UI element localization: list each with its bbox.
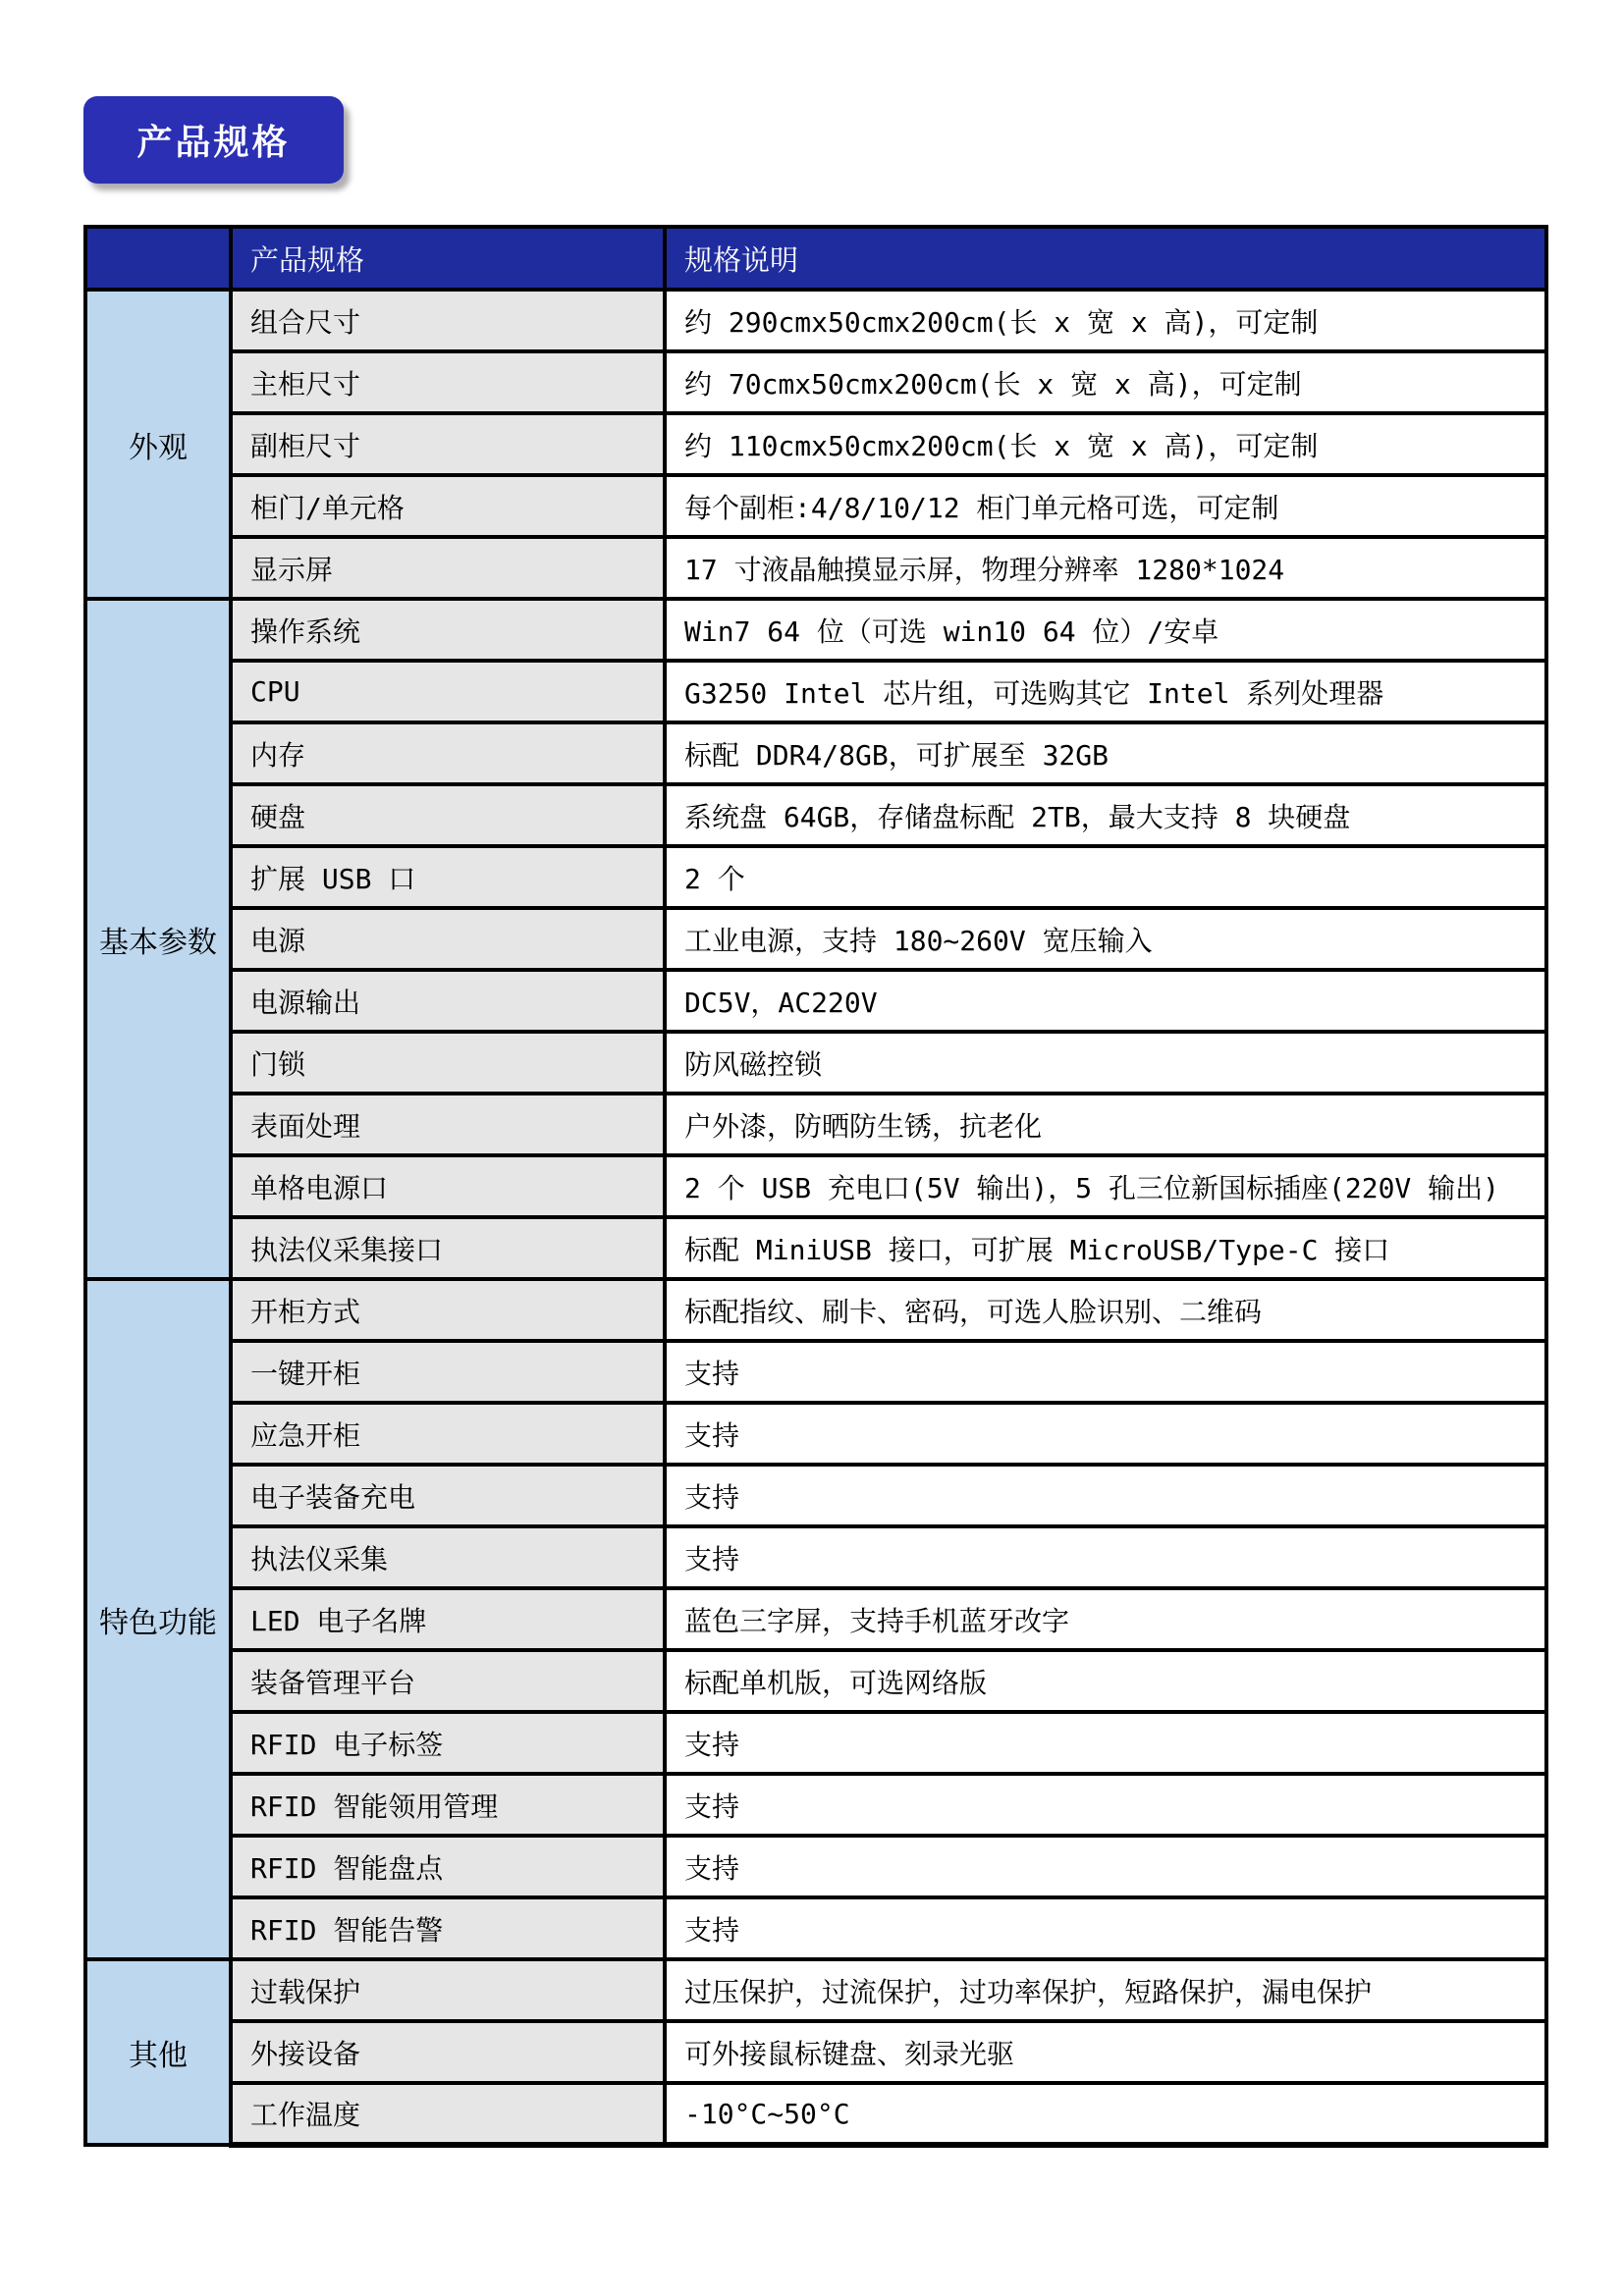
spec-desc-cell: 蓝色三字屏，支持手机蓝牙改字 [665,1588,1546,1650]
spec-row: 工作温度-10°C~50°C [85,2083,1546,2145]
spec-desc-cell: G3250 Intel 芯片组，可选购其它 Intel 系列处理器 [665,661,1546,722]
group-cell: 基本参数 [85,599,231,1279]
header-group-cell [85,227,231,290]
spec-row: RFID 智能领用管理支持 [85,1774,1546,1836]
spec-row: RFID 电子标签支持 [85,1712,1546,1774]
spec-desc-cell: 标配单机版，可选网络版 [665,1650,1546,1712]
spec-desc-cell: 每个副柜:4/8/10/12 柜门单元格可选，可定制 [665,475,1546,537]
spec-row: RFID 智能盘点支持 [85,1836,1546,1897]
spec-desc-cell: 支持 [665,1774,1546,1836]
spec-row: 电源输出DC5V，AC220V [85,970,1546,1032]
spec-desc-cell: 标配 DDR4/8GB，可扩展至 32GB [665,722,1546,784]
spec-desc-cell: 支持 [665,1897,1546,1959]
spec-name-cell: 一键开柜 [231,1341,665,1403]
spec-desc-cell: 支持 [665,1465,1546,1526]
spec-name-cell: 扩展 USB 口 [231,846,665,908]
spec-desc-cell: 17 寸液晶触摸显示屏，物理分辨率 1280*1024 [665,537,1546,599]
spec-row: 单格电源口2 个 USB 充电口(5V 输出)，5 孔三位新国标插座(220V … [85,1155,1546,1217]
spec-table-body: 外观组合尺寸约 290cmx50cmx200cm(长 x 宽 x 高)，可定制主… [85,290,1546,2145]
spec-row: 执法仪采集支持 [85,1526,1546,1588]
spec-desc-cell: 支持 [665,1341,1546,1403]
spec-desc-cell: 防风磁控锁 [665,1032,1546,1094]
spec-name-cell: 外接设备 [231,2021,665,2083]
spec-row: 外观组合尺寸约 290cmx50cmx200cm(长 x 宽 x 高)，可定制 [85,290,1546,351]
group-cell: 其他 [85,1959,231,2145]
spec-name-cell: 执法仪采集接口 [231,1217,665,1279]
spec-name-cell: 电源输出 [231,970,665,1032]
spec-desc-cell: -10°C~50°C [665,2083,1546,2145]
group-cell: 特色功能 [85,1279,231,1959]
spec-sheet-page: 产品规格 产品规格 规格说明 外观组合尺寸约 290cmx50cmx200cm(… [0,0,1624,2296]
spec-table-header-row: 产品规格 规格说明 [85,227,1546,290]
spec-desc-cell: 标配 MiniUSB 接口，可扩展 MicroUSB/Type-C 接口 [665,1217,1546,1279]
spec-name-cell: 柜门/单元格 [231,475,665,537]
spec-row: 执法仪采集接口标配 MiniUSB 接口，可扩展 MicroUSB/Type-C… [85,1217,1546,1279]
spec-name-cell: RFID 智能告警 [231,1897,665,1959]
spec-desc-cell: 支持 [665,1526,1546,1588]
spec-row: 特色功能开柜方式标配指纹、刷卡、密码，可选人脸识别、二维码 [85,1279,1546,1341]
spec-name-cell: 显示屏 [231,537,665,599]
spec-row: 扩展 USB 口2 个 [85,846,1546,908]
spec-row: CPUG3250 Intel 芯片组，可选购其它 Intel 系列处理器 [85,661,1546,722]
spec-desc-cell: 工业电源，支持 180~260V 宽压输入 [665,908,1546,970]
spec-name-cell: 电子装备充电 [231,1465,665,1526]
spec-desc-cell: 过压保护，过流保护，过功率保护，短路保护，漏电保护 [665,1959,1546,2021]
spec-name-cell: 执法仪采集 [231,1526,665,1588]
spec-name-cell: CPU [231,661,665,722]
spec-name-cell: 内存 [231,722,665,784]
spec-name-cell: 操作系统 [231,599,665,661]
spec-name-cell: 装备管理平台 [231,1650,665,1712]
spec-name-cell: 组合尺寸 [231,290,665,351]
spec-row: 外接设备可外接鼠标键盘、刻录光驱 [85,2021,1546,2083]
spec-desc-cell: 户外漆，防晒防生锈，抗老化 [665,1094,1546,1155]
spec-name-cell: RFID 电子标签 [231,1712,665,1774]
spec-row: 一键开柜支持 [85,1341,1546,1403]
product-spec-badge: 产品规格 [83,96,344,184]
spec-desc-cell: 可外接鼠标键盘、刻录光驱 [665,2021,1546,2083]
product-spec-badge-label: 产品规格 [136,115,290,165]
group-cell: 外观 [85,290,231,599]
spec-row: 装备管理平台标配单机版，可选网络版 [85,1650,1546,1712]
spec-desc-cell: 系统盘 64GB，存储盘标配 2TB，最大支持 8 块硬盘 [665,784,1546,846]
spec-row: 门锁防风磁控锁 [85,1032,1546,1094]
spec-desc-cell: DC5V，AC220V [665,970,1546,1032]
spec-row: 应急开柜支持 [85,1403,1546,1465]
spec-desc-cell: 标配指纹、刷卡、密码，可选人脸识别、二维码 [665,1279,1546,1341]
spec-name-cell: 单格电源口 [231,1155,665,1217]
spec-row: 硬盘系统盘 64GB，存储盘标配 2TB，最大支持 8 块硬盘 [85,784,1546,846]
spec-row: 表面处理户外漆，防晒防生锈，抗老化 [85,1094,1546,1155]
spec-desc-cell: 约 70cmx50cmx200cm(长 x 宽 x 高)，可定制 [665,351,1546,413]
spec-name-cell: LED 电子名牌 [231,1588,665,1650]
spec-name-cell: 开柜方式 [231,1279,665,1341]
spec-row: 副柜尺寸约 110cmx50cmx200cm(长 x 宽 x 高)，可定制 [85,413,1546,475]
spec-desc-cell: 支持 [665,1403,1546,1465]
spec-desc-cell: 支持 [665,1836,1546,1897]
spec-name-cell: 主柜尺寸 [231,351,665,413]
spec-row: 主柜尺寸约 70cmx50cmx200cm(长 x 宽 x 高)，可定制 [85,351,1546,413]
spec-desc-cell: 约 110cmx50cmx200cm(长 x 宽 x 高)，可定制 [665,413,1546,475]
spec-name-cell: 过载保护 [231,1959,665,2021]
header-spec-name-cell: 产品规格 [231,227,665,290]
spec-desc-cell: Win7 64 位（可选 win10 64 位）/安卓 [665,599,1546,661]
spec-row: 柜门/单元格每个副柜:4/8/10/12 柜门单元格可选，可定制 [85,475,1546,537]
spec-table: 产品规格 规格说明 外观组合尺寸约 290cmx50cmx200cm(长 x 宽… [83,225,1548,2148]
spec-name-cell: 副柜尺寸 [231,413,665,475]
spec-name-cell: 应急开柜 [231,1403,665,1465]
spec-name-cell: 硬盘 [231,784,665,846]
spec-row: RFID 智能告警支持 [85,1897,1546,1959]
header-spec-desc-cell: 规格说明 [665,227,1546,290]
spec-desc-cell: 支持 [665,1712,1546,1774]
spec-name-cell: RFID 智能领用管理 [231,1774,665,1836]
spec-row: LED 电子名牌蓝色三字屏，支持手机蓝牙改字 [85,1588,1546,1650]
spec-name-cell: 表面处理 [231,1094,665,1155]
spec-row: 显示屏17 寸液晶触摸显示屏，物理分辨率 1280*1024 [85,537,1546,599]
spec-row: 电源工业电源，支持 180~260V 宽压输入 [85,908,1546,970]
spec-name-cell: 电源 [231,908,665,970]
spec-name-cell: 工作温度 [231,2083,665,2145]
spec-name-cell: RFID 智能盘点 [231,1836,665,1897]
spec-desc-cell: 约 290cmx50cmx200cm(长 x 宽 x 高)，可定制 [665,290,1546,351]
spec-desc-cell: 2 个 [665,846,1546,908]
spec-desc-cell: 2 个 USB 充电口(5V 输出)，5 孔三位新国标插座(220V 输出) [665,1155,1546,1217]
spec-row: 基本参数操作系统Win7 64 位（可选 win10 64 位）/安卓 [85,599,1546,661]
spec-row: 电子装备充电支持 [85,1465,1546,1526]
spec-row: 其他过载保护过压保护，过流保护，过功率保护，短路保护，漏电保护 [85,1959,1546,2021]
spec-name-cell: 门锁 [231,1032,665,1094]
spec-row: 内存标配 DDR4/8GB，可扩展至 32GB [85,722,1546,784]
